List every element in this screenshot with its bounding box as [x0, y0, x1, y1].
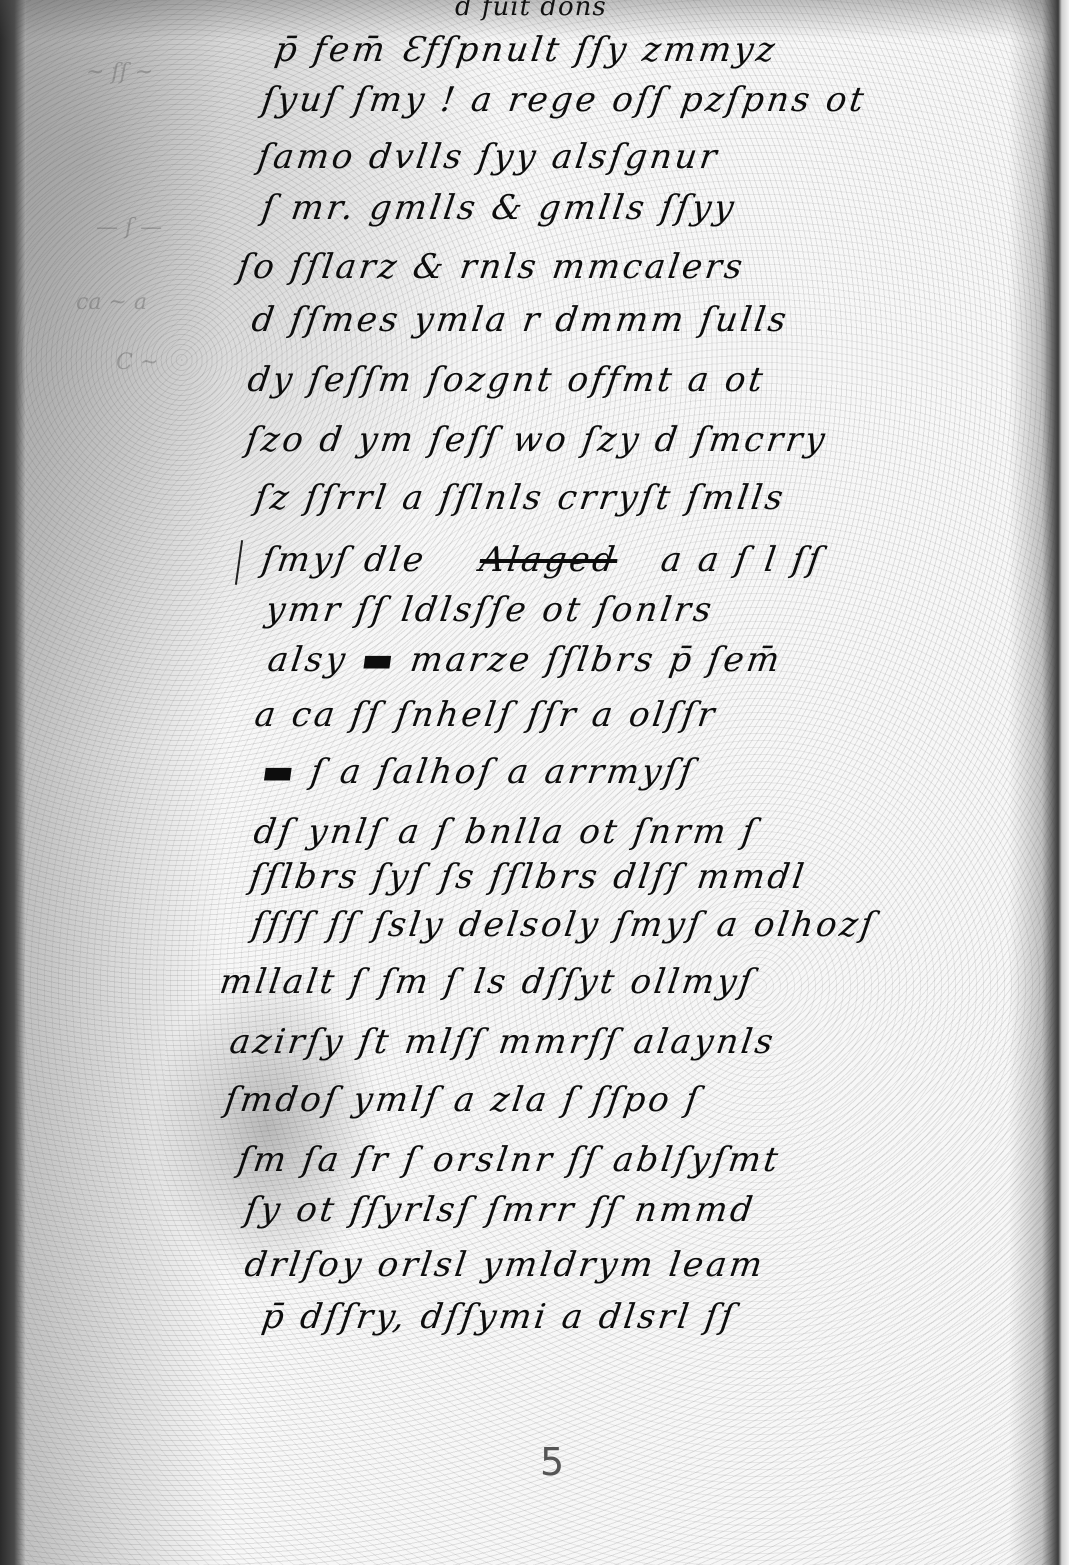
- manuscript-line: ſmyſ dle Alaged a a ſ l ſſ: [259, 540, 826, 580]
- manuscript-line: mllalt ſ ſm ſ ls dſſyt ollmyſ: [217, 962, 758, 1002]
- manuscript-page: ~ ſſ ~ — ſ — ca ~ a C ~ d fuit dons p̄ f…: [0, 0, 1069, 1565]
- manuscript-line: ſz ſſrrl a ſſlnls crryſt ſmlls: [252, 478, 788, 518]
- manuscript-line: azirſy ſt mlſſ mmrſſ alaynls: [227, 1022, 778, 1062]
- manuscript-line: ſy ot ſſyrlsſ ſmrr ſſ nmmd: [242, 1190, 758, 1230]
- manuscript-line: dy ſeſſm ſozgnt offmt a ot: [245, 360, 768, 400]
- manuscript-line: ſſlbrs ſyſ ſs ſſlbrs dlſſ mmdl: [247, 857, 809, 897]
- manuscript-line: ſamo dvlls ſyy alsſgnur: [255, 137, 722, 177]
- page-number: 5: [540, 1440, 564, 1484]
- manuscript-line: ſſſſ ſſ ſsly delsoly ſmyſ a olhozſ: [249, 905, 879, 945]
- margin-stroke: [235, 540, 243, 585]
- bleedthrough-text: ca ~ a: [76, 290, 147, 315]
- manuscript-line: ſ mr. gmlls & gmlls ſſyy: [259, 188, 739, 228]
- manuscript-line: ſmdoſ ymlſ a zla ſ ſſpo ſ: [222, 1080, 704, 1120]
- bleedthrough-text: C ~: [116, 350, 158, 375]
- line-segment: a a ſ l ſſ: [658, 540, 826, 580]
- bleedthrough-text: — ſ —: [96, 215, 162, 240]
- manuscript-line: ſzo d ym ſeſſ wo ſzy d ſmcrry: [243, 420, 830, 460]
- line-segment: ſmyſ dle: [259, 540, 429, 580]
- manuscript-line: d ſſmes ymla r dmmm ſulls: [249, 300, 791, 340]
- struck-through-word: Alaged: [477, 540, 620, 580]
- left-margin-bleedthrough: ~ ſſ ~ — ſ — ca ~ a C ~: [26, 0, 226, 1565]
- manuscript-line: ſm ſa ſr ſ orslnr ſſ ablſyſmt: [235, 1140, 783, 1180]
- manuscript-line: ▬ ſ a ſalhoſ a arrmyſſ: [259, 752, 698, 792]
- bleedthrough-text: ~ ſſ ~: [86, 60, 153, 85]
- manuscript-line: alsy ▬ marze ſſlbrs p̄ ſem̄: [265, 640, 785, 680]
- manuscript-line: ymr ſſ ldlsſſe ot ſonlrs: [263, 590, 717, 630]
- manuscript-line: dſ ynlſ a ſ bnlla ot ſnrm ſ: [251, 812, 760, 852]
- manuscript-line: p̄ fem̄ Ɛfſpnult ſſy zmmyz: [272, 30, 780, 70]
- manuscript-line: p̄ dſſry, dſſymi a dlsrl ſſ: [259, 1297, 739, 1337]
- manuscript-line: ſyuſ ſmy ! a rege oſſ pzſpns ot: [259, 80, 869, 120]
- binding-shadow-left: [0, 0, 26, 1565]
- page-edge-right: [1009, 0, 1069, 1565]
- manuscript-line: a ca ſſ ſnhelſ ſſr a olſſr: [252, 695, 720, 735]
- manuscript-line: drlſoy orlsl ymldrym leam: [242, 1245, 767, 1285]
- manuscript-line: ſo ſſlarz & rnls mmcalers: [235, 247, 748, 287]
- header-annotation: d fuit dons: [455, 0, 607, 22]
